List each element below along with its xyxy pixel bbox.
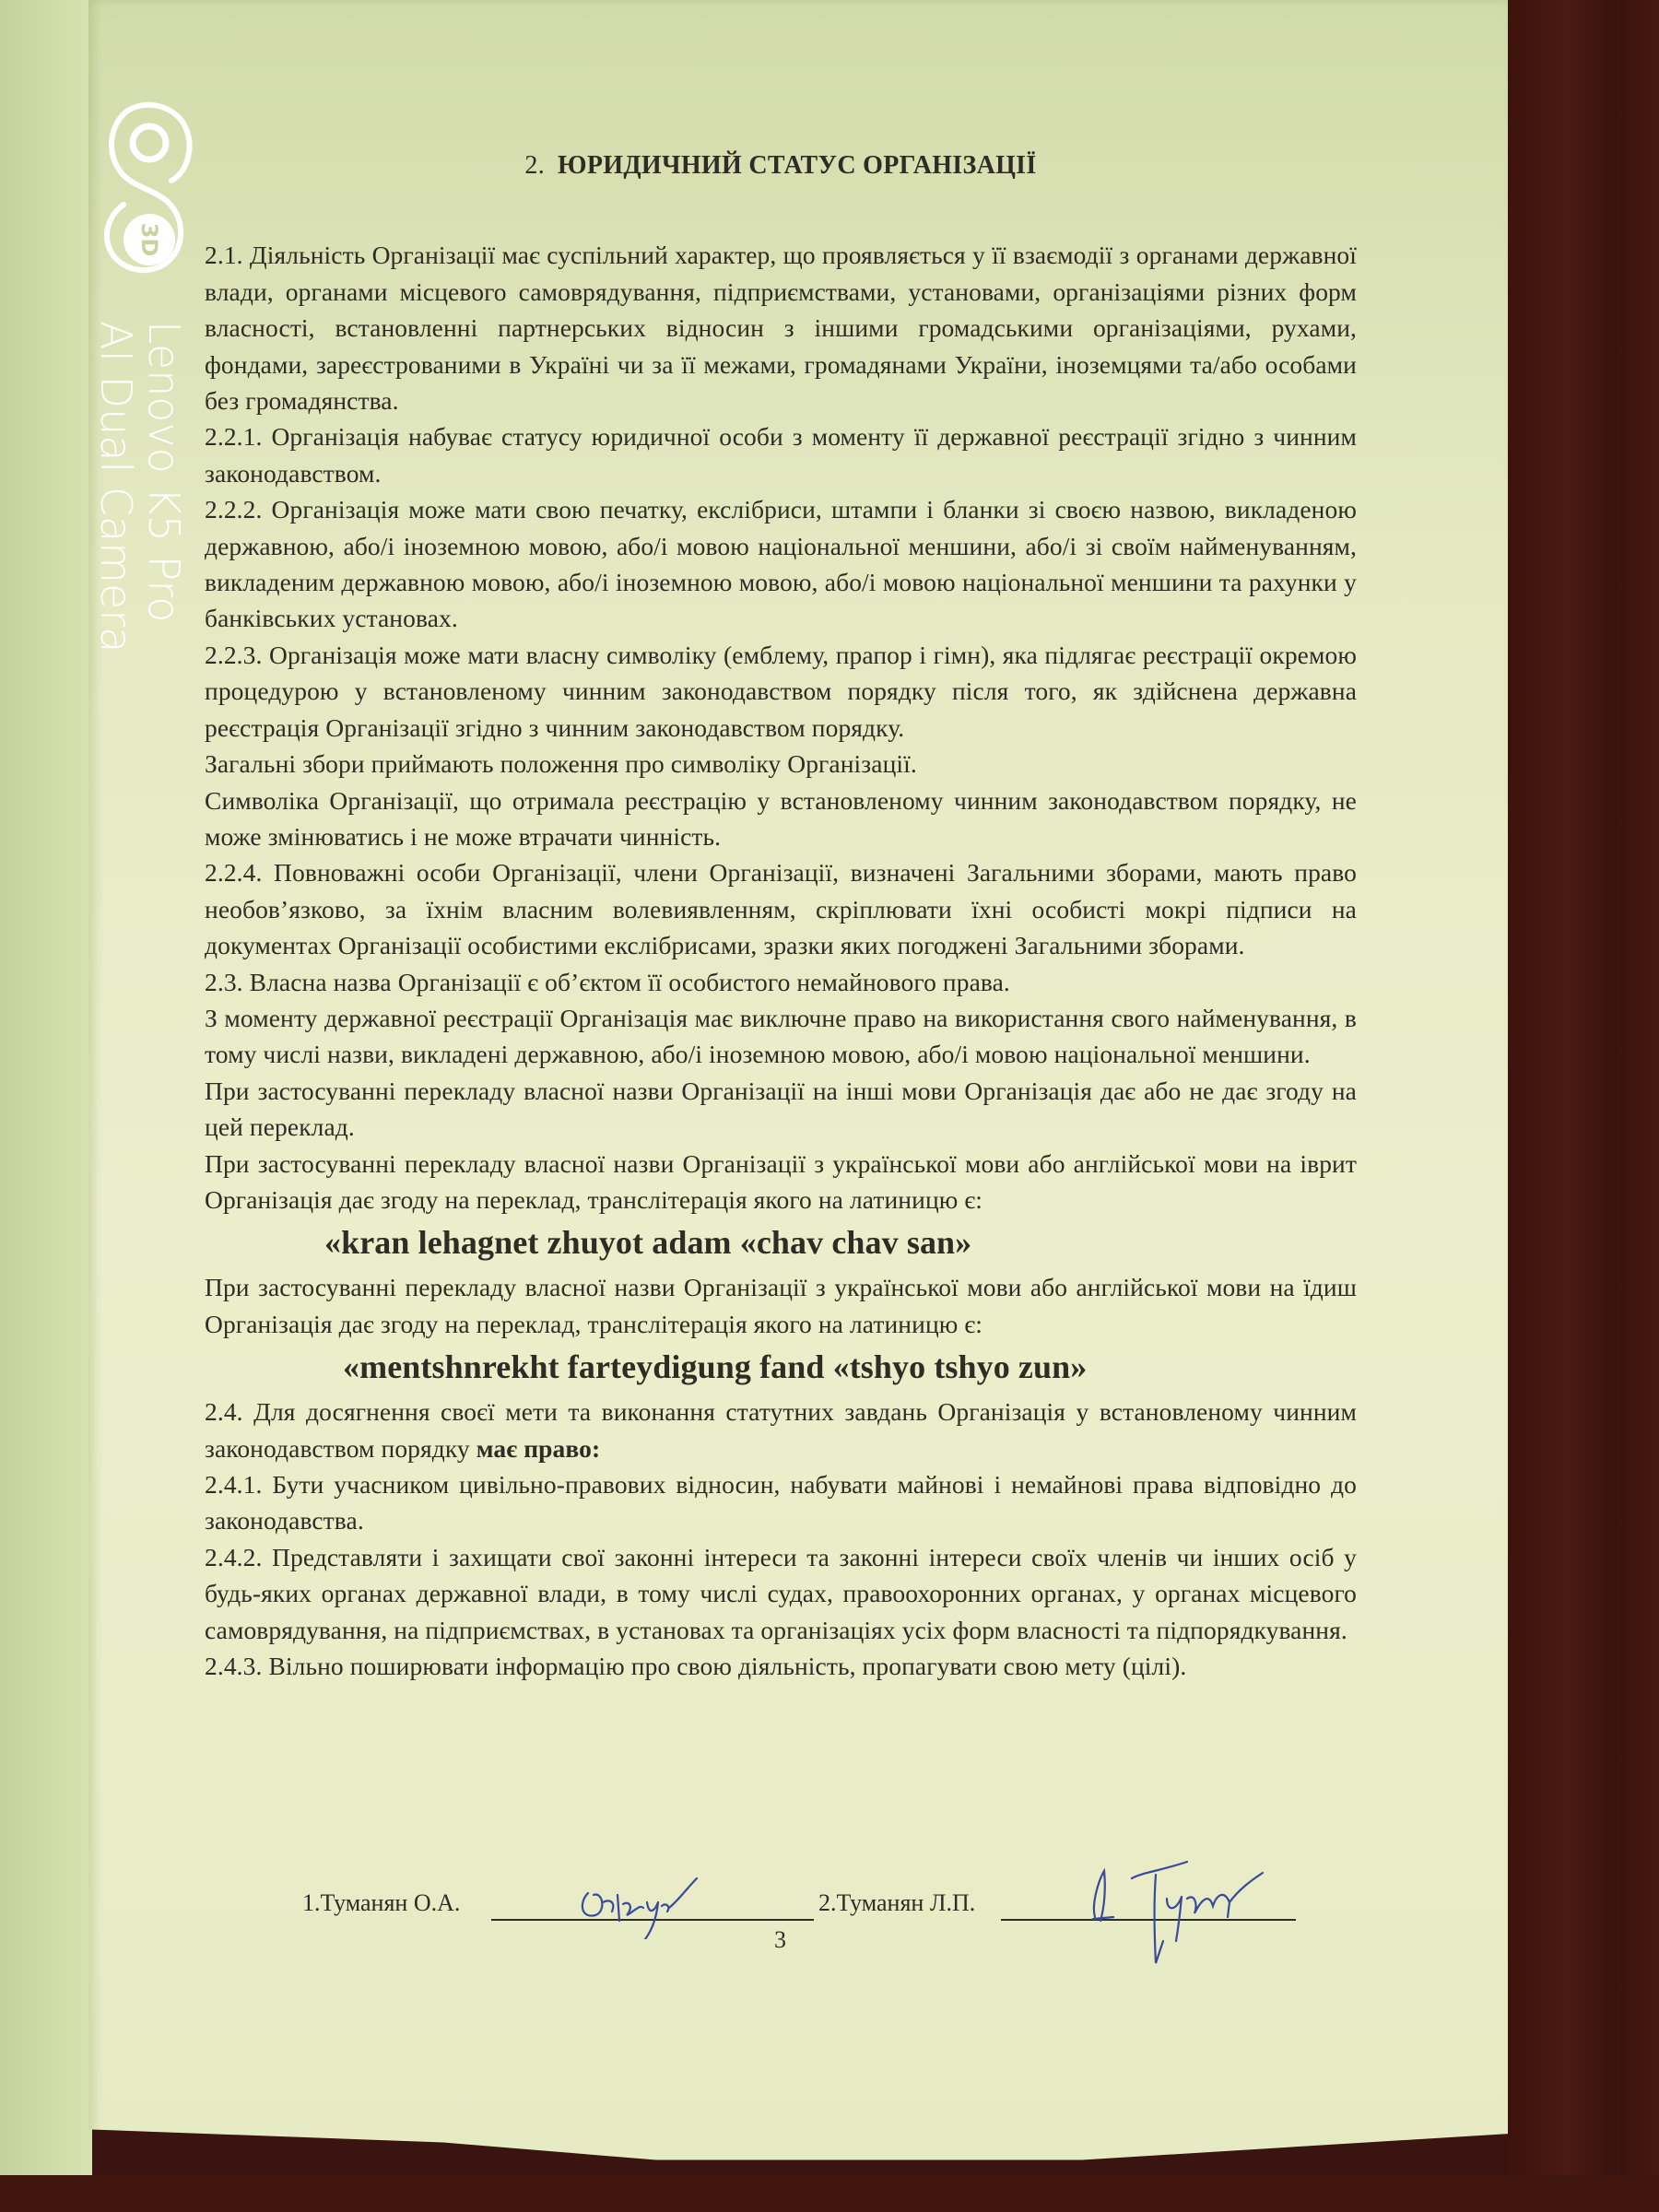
- paragraph-2-3: 2.3. Власна назва Організації є об’єктом…: [205, 964, 1357, 1000]
- paragraph-2-1: 2.1. Діяльність Організації має суспільн…: [205, 237, 1357, 418]
- camera-watermark: 3D Lenovo K5 Pro AI Dual Camera: [88, 92, 199, 719]
- wooden-table-bottom: [0, 2175, 1659, 2212]
- watermark-text: Lenovo K5 Pro AI Dual Camera: [92, 321, 188, 653]
- paragraph-2-4: 2.4. Для досягнення своєї мети та викона…: [205, 1394, 1357, 1466]
- section-heading: 2.ЮРИДИЧНИЙ СТАТУС ОРГАНІЗАЦІЇ: [205, 147, 1357, 183]
- 3d-camera-logo-icon: 3D: [98, 92, 199, 286]
- watermark-model: Lenovo K5 Pro: [140, 321, 188, 653]
- wooden-table-background: [1504, 0, 1659, 2212]
- paragraph-hebrew-translation: При застосуванні перекладу власної назви…: [205, 1146, 1357, 1218]
- paragraph-2-4-1: 2.4.1. Бути учасником цивільно-правових …: [205, 1466, 1357, 1539]
- paragraph-yiddish-translation: При застосуванні перекладу власної назви…: [205, 1269, 1357, 1342]
- paragraph-symbolics-regulation: Загальні збори приймають положення про с…: [205, 746, 1357, 782]
- hebrew-transliteration: «kran lehagnet zhuyot adam «chav chav sa…: [205, 1219, 1357, 1265]
- paragraph-2-4-3: 2.4.3. Вільно поширювати інформацію про …: [205, 1648, 1357, 1684]
- paragraph-2-4-2: 2.4.2. Представляти і захищати свої зако…: [205, 1539, 1357, 1648]
- paragraph-translation-consent: При застосуванні перекладу власної назви…: [205, 1073, 1357, 1146]
- yiddish-transliteration: «mentshnrekht farteydigung fand «tshyo t…: [205, 1344, 1357, 1390]
- paragraph-2-2-1: 2.2.1. Організація набуває статусу юриди…: [205, 418, 1357, 491]
- paragraph-2-2-2: 2.2.2. Організація може мати свою печатк…: [205, 491, 1357, 637]
- paragraph-2-2-3: 2.2.3. Організація може мати власну симв…: [205, 637, 1357, 746]
- paragraph-symbolics-validity: Символіка Організації, що отримала реєст…: [205, 782, 1357, 855]
- paragraph-exclusive-right: З моменту державної реєстрації Організац…: [205, 1000, 1357, 1073]
- paragraph-2-4-text: 2.4. Для досягнення своєї мети та викона…: [205, 1397, 1357, 1462]
- signer-1-name: 1.Туманян О.А.: [302, 1889, 460, 1917]
- document-content: 2.ЮРИДИЧНИЙ СТАТУС ОРГАНІЗАЦІЇ 2.1. Діял…: [205, 147, 1357, 1684]
- watermark-camera: AI Dual Camera: [92, 321, 140, 653]
- paragraph-2-4-bold: має право:: [477, 1434, 601, 1463]
- section-number: 2.: [524, 151, 545, 180]
- signature-1-icon: [570, 1875, 708, 1939]
- page-number: 3: [774, 1926, 786, 1954]
- signature-2-icon: [1067, 1853, 1298, 1972]
- paragraph-2-2-4: 2.2.4. Повноважні особи Організації, чле…: [205, 854, 1357, 963]
- section-title: ЮРИДИЧНИЙ СТАТУС ОРГАНІЗАЦІЇ: [558, 151, 1037, 180]
- signature-block: 1.Туманян О.А. 3 2.Туманян Л.П.: [302, 1880, 1362, 1982]
- svg-text:3D: 3D: [136, 223, 162, 257]
- underlying-page-edge: [0, 0, 92, 2212]
- signer-2-name: 2.Туманян Л.П.: [818, 1889, 975, 1917]
